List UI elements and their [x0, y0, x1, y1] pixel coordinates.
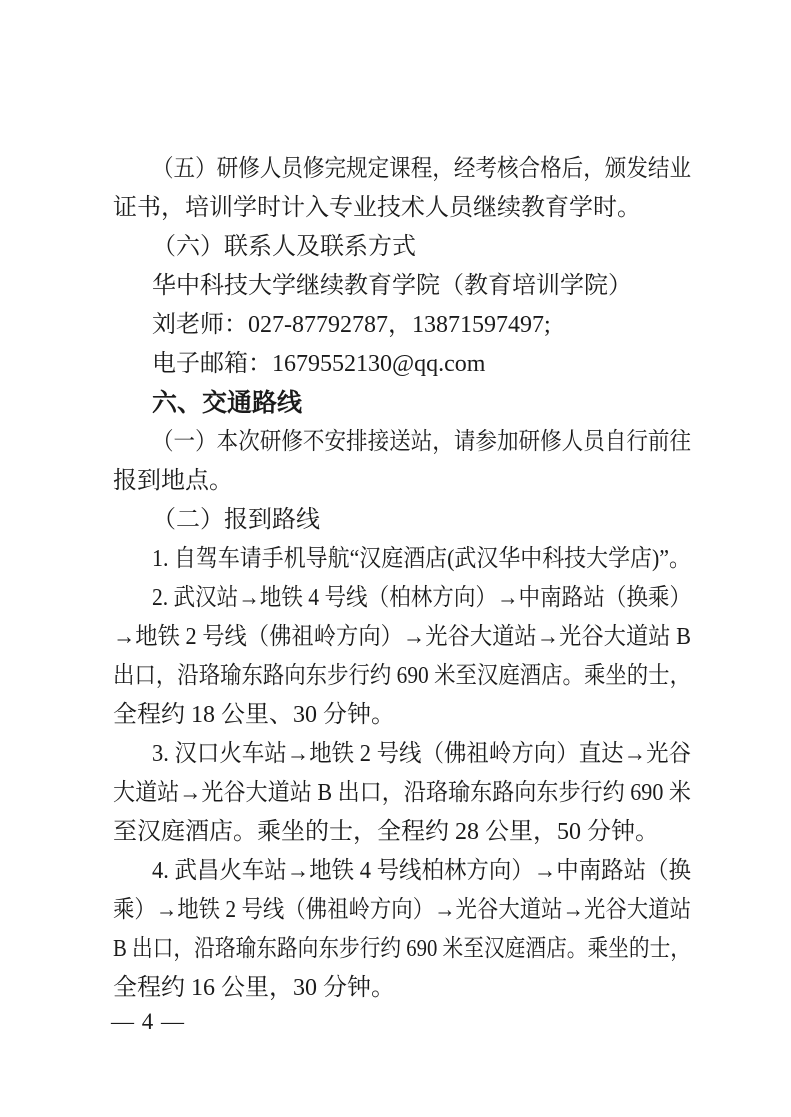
text-run: 六、交通路线 [152, 384, 302, 423]
text-run: 大道站→光谷大道站 B 出口，沿珞瑜东路向东步行约 690 米 [113, 774, 691, 813]
text-run: （二）报到路线 [152, 501, 320, 540]
text-run: 出口，沿珞瑜东路向东步行约 690 米至汉庭酒店。乘坐的士， [113, 657, 691, 696]
text-run: 乘）→地铁 2 号线（佛祖岭方向）→光谷大道站→光谷大道站 [113, 891, 691, 930]
text-run: 全程约 16 公里，30 分钟。 [113, 969, 395, 1008]
text-line: 全程约 16 公里，30 分钟。 [113, 969, 691, 1008]
text-run: （一）本次研修不安排接送站，请参加研修人员自行前往 [152, 423, 691, 462]
text-line: 1. 自驾车请手机导航“汉庭酒店(武汉华中科技大学店)”。 [113, 540, 691, 579]
text-line: 报到地点。 [113, 462, 691, 501]
document-page: （五）研修人员修完规定课程，经考核合格后，颁发结业证书，培训学时计入专业技术人员… [0, 0, 791, 1117]
text-line: （五）研修人员修完规定课程，经考核合格后，颁发结业 [113, 150, 691, 189]
text-run: 刘老师：027-87792787，13871597497; [152, 306, 551, 345]
text-line: 电子邮箱：1679552130@qq.com [113, 345, 691, 384]
text-run: （六）联系人及联系方式 [152, 228, 416, 267]
text-line: 全程约 18 公里、30 分钟。 [113, 696, 691, 735]
text-run: 4. 武昌火车站→地铁 4 号线柏林方向）→中南路站（换 [152, 852, 691, 891]
text-line: 刘老师：027-87792787，13871597497; [113, 306, 691, 345]
text-line: →地铁 2 号线（佛祖岭方向）→光谷大道站→光谷大道站 B [113, 618, 691, 657]
text-run: 3. 汉口火车站→地铁 2 号线（佛祖岭方向）直达→光谷 [152, 735, 691, 774]
text-line: 出口，沿珞瑜东路向东步行约 690 米至汉庭酒店。乘坐的士， [113, 657, 691, 696]
text-run: 证书，培训学时计入专业技术人员继续教育学时。 [113, 189, 641, 228]
page-number: — 4 — [111, 1007, 185, 1037]
text-line: B 出口，沿珞瑜东路向东步行约 690 米至汉庭酒店。乘坐的士， [113, 930, 691, 969]
text-line: 乘）→地铁 2 号线（佛祖岭方向）→光谷大道站→光谷大道站 [113, 891, 691, 930]
text-line: 2. 武汉站→地铁 4 号线（柏林方向）→中南路站（换乘） [113, 579, 691, 618]
text-run: 1. 自驾车请手机导航“汉庭酒店(武汉华中科技大学店)”。 [152, 540, 691, 579]
text-run: 全程约 18 公里、30 分钟。 [113, 696, 395, 735]
text-line: 证书，培训学时计入专业技术人员继续教育学时。 [113, 189, 691, 228]
document-body: （五）研修人员修完规定课程，经考核合格后，颁发结业证书，培训学时计入专业技术人员… [113, 150, 691, 1008]
text-run: 2. 武汉站→地铁 4 号线（柏林方向）→中南路站（换乘） [152, 579, 691, 618]
text-line: 3. 汉口火车站→地铁 2 号线（佛祖岭方向）直达→光谷 [113, 735, 691, 774]
text-line: 至汉庭酒店。乘坐的士，全程约 28 公里，50 分钟。 [113, 813, 691, 852]
text-line: （二）报到路线 [113, 501, 691, 540]
text-run: （五）研修人员修完规定课程，经考核合格后，颁发结业 [152, 150, 691, 189]
text-run: 华中科技大学继续教育学院（教育培训学院） [152, 267, 632, 306]
section-heading: 六、交通路线 [113, 384, 691, 423]
text-line: （一）本次研修不安排接送站，请参加研修人员自行前往 [113, 423, 691, 462]
text-run: 电子邮箱：1679552130@qq.com [152, 345, 485, 384]
text-run: 报到地点。 [113, 462, 233, 501]
text-run: B 出口，沿珞瑜东路向东步行约 690 米至汉庭酒店。乘坐的士， [113, 930, 691, 969]
text-line: 4. 武昌火车站→地铁 4 号线柏林方向）→中南路站（换 [113, 852, 691, 891]
text-run: →地铁 2 号线（佛祖岭方向）→光谷大道站→光谷大道站 B [113, 618, 691, 657]
text-line: （六）联系人及联系方式 [113, 228, 691, 267]
text-line: 大道站→光谷大道站 B 出口，沿珞瑜东路向东步行约 690 米 [113, 774, 691, 813]
text-run: 至汉庭酒店。乘坐的士，全程约 28 公里，50 分钟。 [113, 813, 659, 852]
text-line: 华中科技大学继续教育学院（教育培训学院） [113, 267, 691, 306]
